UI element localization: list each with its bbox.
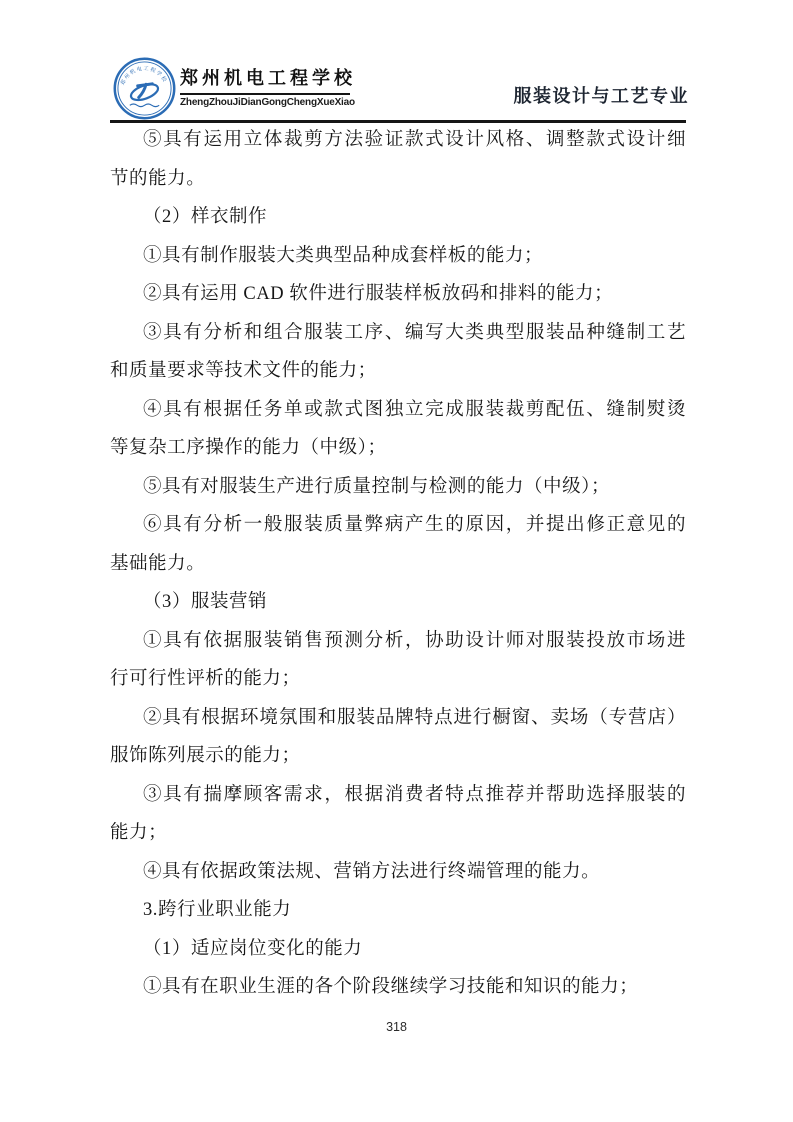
body-line: ④具有依据政策法规、营销方法进行终端管理的能力。	[110, 853, 686, 892]
body-line: 服饰陈列展示的能力；	[110, 737, 686, 776]
document-page: 郑州机电工程学校 郑州机电工程学校 ZhengZhouJiDianGongChe…	[0, 0, 793, 1122]
page-number: 318	[386, 1020, 407, 1034]
body-line: （1）适应岗位变化的能力	[110, 930, 686, 969]
body-line: 基础能力。	[110, 545, 686, 584]
body-line: 节的能力。	[110, 160, 686, 199]
page-footer: 318	[0, 1018, 793, 1036]
body-line: 能力；	[110, 814, 686, 853]
body-line: ②具有运用 CAD 软件进行服装样板放码和排料的能力；	[110, 275, 686, 314]
body-line: ④具有根据任务单或款式图独立完成服装裁剪配伍、缝制熨烫	[110, 391, 686, 430]
body-line: 和质量要求等技术文件的能力；	[110, 352, 686, 391]
school-logo: 郑州机电工程学校	[113, 57, 176, 120]
body-line: ⑤具有对服装生产进行质量控制与检测的能力（中级）；	[110, 468, 686, 507]
body-line: 3.跨行业职业能力	[110, 891, 686, 930]
body-line: （2）样衣制作	[110, 198, 686, 237]
body-line: ③具有分析和组合服装工序、编写大类典型服装品种缝制工艺	[110, 314, 686, 353]
school-name-block: 郑州机电工程学校 ZhengZhouJiDianGongChengXueXiao	[180, 64, 360, 108]
school-name-chinese: 郑州机电工程学校	[180, 64, 360, 90]
body-line: 等复杂工序操作的能力（中级）；	[110, 429, 686, 468]
body-line: 行可行性评析的能力；	[110, 660, 686, 699]
school-name-divider	[180, 93, 350, 95]
body-line: ①具有在职业生涯的各个阶段继续学习技能和知识的能力；	[110, 968, 686, 1007]
major-title: 服装设计与工艺专业	[514, 82, 690, 108]
body-line: ①具有依据服装销售预测分析，协助设计师对服装投放市场进	[110, 622, 686, 661]
body-line: ②具有根据环境氛围和服装品牌特点进行橱窗、卖场（专营店）	[110, 699, 686, 738]
body-line: ①具有制作服装大类典型品种成套样板的能力；	[110, 237, 686, 276]
body-line: （3）服装营销	[110, 583, 686, 622]
body-line: ③具有揣摩顾客需求，根据消费者特点推荐并帮助选择服装的	[110, 776, 686, 815]
school-name-pinyin: ZhengZhouJiDianGongChengXueXiao	[180, 97, 360, 108]
body-line: ⑥具有分析一般服装质量弊病产生的原因，并提出修正意见的	[110, 506, 686, 545]
document-body: ⑤具有运用立体裁剪方法验证款式设计风格、调整款式设计细节的能力。（2）样衣制作①…	[110, 121, 686, 1007]
body-line: ⑤具有运用立体裁剪方法验证款式设计风格、调整款式设计细	[110, 121, 686, 160]
